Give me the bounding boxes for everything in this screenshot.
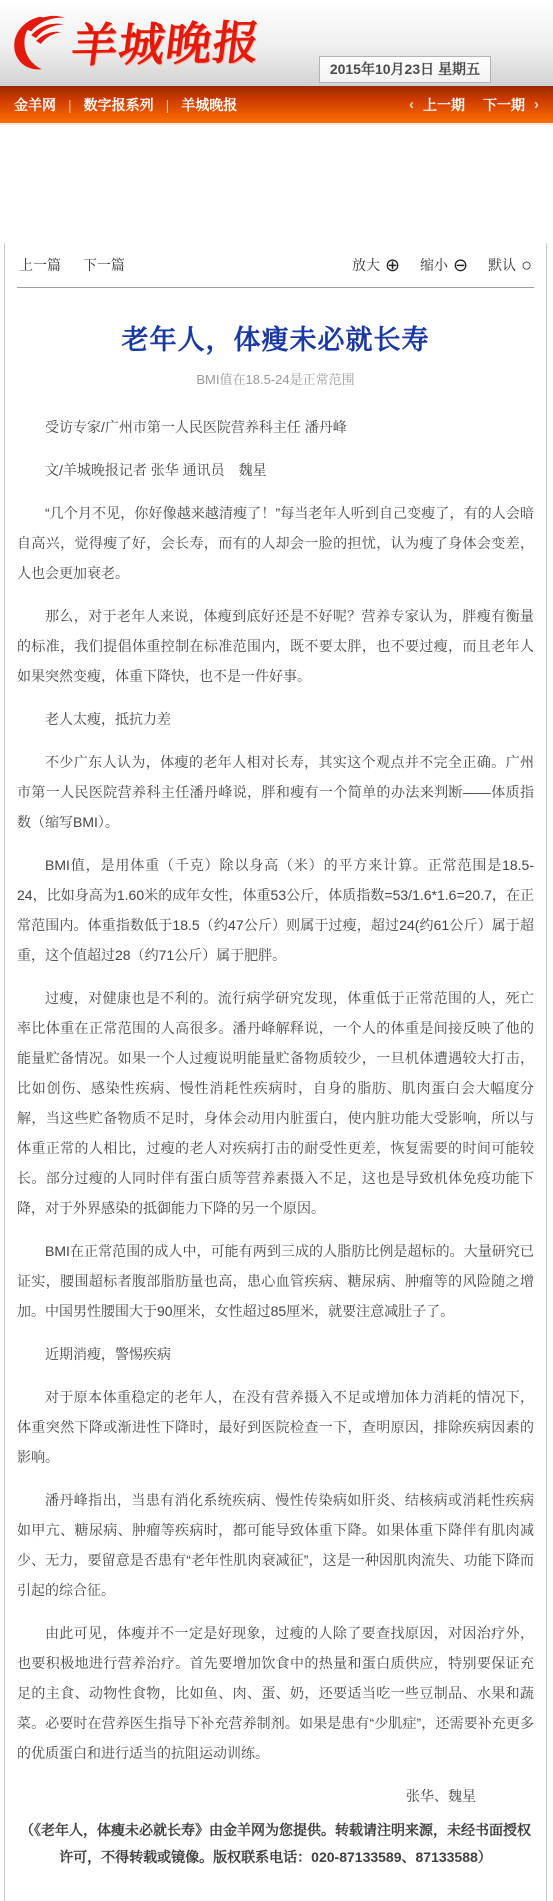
font-size-controls: 放大 ⊕ 缩小 ⊖ 默认 ○	[332, 255, 532, 275]
next-article-link[interactable]: 下一篇	[83, 257, 125, 273]
toolbar-divider	[17, 287, 534, 288]
nav-links: 金羊网 | 数字报系列 | 羊城晚报	[14, 95, 237, 115]
zoom-out-button[interactable]: 缩小 ⊖	[420, 255, 468, 275]
article-paragraph: 由此可见，体瘦并不一定是好现象，过瘦的人除了要查找原因，对因治疗外，也要积极地进…	[17, 1618, 534, 1768]
issue-date: 2015年10月23日 星期五	[319, 56, 491, 83]
article-paragraph: 文/羊城晚报记者 张华 通讯员 魏星	[17, 455, 534, 485]
article-paragraph: BMI在正常范围的成人中，可能有两到三成的人脂肪比例是超标的。大量研究已证实，腰…	[17, 1236, 534, 1326]
article-paragraph: 近期消瘦，警惕疾病	[17, 1339, 534, 1369]
article-paragraph: 过瘦，对健康也是不利的。流行病学研究发现，体重低于正常范围的人，死亡率比体重在正…	[17, 983, 534, 1223]
article-title: 老年人，体瘦未必就长寿	[17, 318, 534, 357]
article-panel: 上一篇 下一篇 放大 ⊕ 缩小 ⊖ 默认 ○ 老年人，体瘦未必就长寿 BMI值在…	[4, 243, 547, 1901]
top-nav: 金羊网 | 数字报系列 | 羊城晚报 ‹ 上一期 下一期 ›	[0, 86, 553, 125]
article-body: 受访专家/广州市第一人民医院营养科主任 潘丹峰文/羊城晚报记者 张华 通讯员 魏…	[17, 412, 534, 1768]
prev-issue-link[interactable]: 上一期	[423, 95, 465, 115]
article-paragraph: 对于原本体重稳定的老年人，在没有营养摄入不足或增加体力消耗的情况下，体重突然下降…	[17, 1382, 534, 1472]
zoom-out-label: 缩小	[420, 255, 448, 275]
prev-issue-arrow-icon: ‹	[409, 96, 414, 113]
brand-crescent-icon	[6, 10, 70, 77]
zoom-in-button[interactable]: 放大 ⊕	[352, 255, 400, 275]
zoom-in-label: 放大	[352, 255, 380, 275]
article-subtitle: BMI值在18.5-24是正常范围	[17, 369, 534, 388]
next-issue-link[interactable]: 下一期	[483, 95, 525, 115]
article-toolbar: 上一篇 下一篇 放大 ⊕ 缩小 ⊖ 默认 ○	[17, 255, 534, 275]
article-paragraph: 不少广东人认为，体瘦的老年人相对长寿，其实这个观点并不完全正确。广州市第一人民医…	[17, 747, 534, 837]
nav-separator: |	[68, 97, 72, 113]
copyright-notice: （《老年人，体瘦未必就长寿》由金羊网为您提供。转载请注明来源，未经书面授权许可，…	[17, 1817, 534, 1871]
site-header: 羊城晚报 2015年10月23日 星期五	[0, 0, 553, 86]
article-paragraph: “几个月不见，你好像越来越清瘦了！”每当老年人听到自己变瘦了，有的人会暗自高兴，…	[17, 498, 534, 588]
article-paragraph: 那么，对于老年人来说，体瘦到底好还是不好呢？营养专家认为，胖瘦有衡量的标准，我们…	[17, 601, 534, 691]
article-byline: 张华、魏星	[17, 1781, 534, 1811]
zoom-out-icon: ⊖	[453, 256, 468, 274]
nav-item-jinyangwang[interactable]: 金羊网	[14, 95, 56, 115]
article-paragraph: 老人太瘦，抵抗力差	[17, 704, 534, 734]
logo-wordmark: 羊城晚报	[69, 19, 263, 68]
article-paragraph: 潘丹峰指出，当患有消化系统疾病、慢性传染病如肝炎、结核病或消耗性疾病如甲亢、糖尿…	[17, 1485, 534, 1605]
nav-separator: |	[166, 97, 170, 113]
header-gap	[0, 125, 553, 243]
nav-item-yangcheng-evening-news[interactable]: 羊城晚报	[181, 95, 237, 115]
prev-article-link[interactable]: 上一篇	[19, 257, 61, 273]
zoom-in-icon: ⊕	[385, 256, 400, 274]
article-paragraph: 受访专家/广州市第一人民医院营养科主任 潘丹峰	[17, 412, 534, 442]
site-logo[interactable]: 羊城晚报	[6, 10, 260, 77]
zoom-default-button[interactable]: 默认 ○	[488, 255, 532, 275]
zoom-default-icon: ○	[521, 256, 532, 274]
issue-pager: ‹ 上一期 下一期 ›	[409, 95, 539, 115]
article-pager: 上一篇 下一篇	[19, 255, 143, 275]
zoom-default-label: 默认	[488, 255, 516, 275]
next-issue-arrow-icon: ›	[534, 96, 539, 113]
nav-item-digital-papers[interactable]: 数字报系列	[84, 95, 154, 115]
article-paragraph: BMI值，是用体重（千克）除以身高（米）的平方来计算。正常范围是18.5-24，…	[17, 850, 534, 970]
